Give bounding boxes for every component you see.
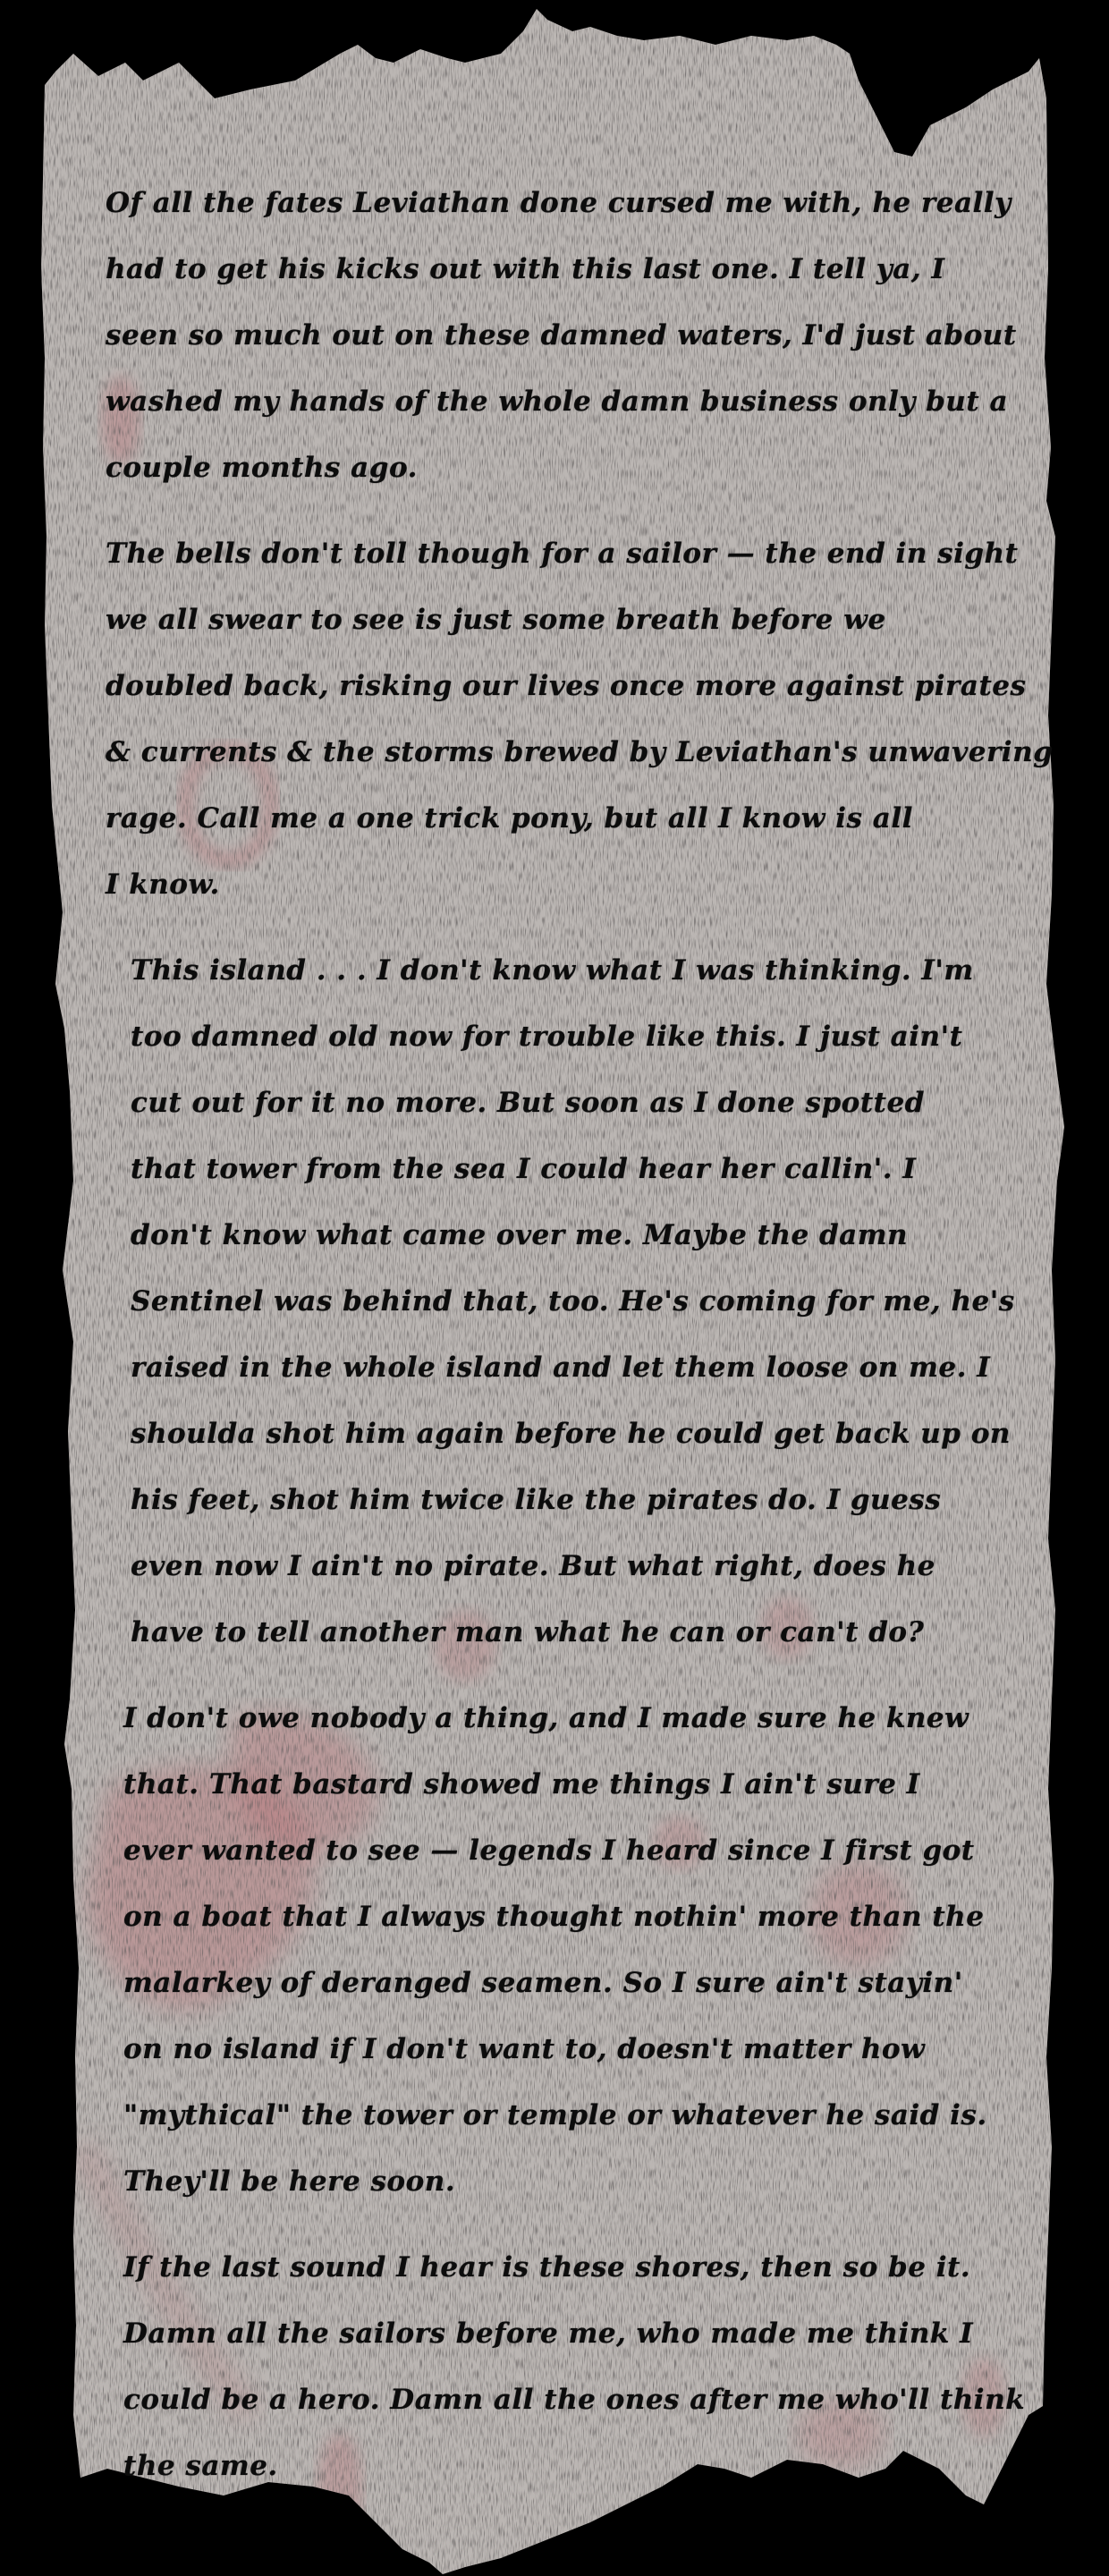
note-line: ever wanted to see — legends I heard sin… [123, 1818, 1027, 1884]
note-line: on a boat that I always thought nothin' … [123, 1884, 1027, 1950]
note-line: shoulda shot him again before he could g… [131, 1401, 1027, 1467]
note-line: "mythical" the tower or temple or whatev… [123, 2082, 1027, 2148]
note-line: Damn all the sailors before me, who made… [123, 2301, 1027, 2367]
note-line: that. That bastard showed me things I ai… [123, 1751, 1027, 1818]
note-line: I don't owe nobody a thing, and I made s… [123, 1685, 1027, 1751]
note-line: doubled back, risking our lives once mor… [106, 653, 1027, 719]
note-paragraph-5: If the last sound I hear is these shores… [106, 2234, 1027, 2499]
note-line: we all swear to see is just some breath … [106, 587, 1027, 653]
note-line: his feet, shot him twice like the pirate… [131, 1467, 1027, 1533]
note-line: cut out for it no more. But soon as I do… [131, 1070, 1027, 1136]
note-line: could be a hero. Damn all the ones after… [123, 2367, 1027, 2433]
note-paragraph-4: I don't owe nobody a thing, and I made s… [106, 1685, 1027, 2215]
note-paragraph-1: Of all the fates Leviathan done cursed m… [106, 170, 1027, 501]
note-line: If the last sound I hear is these shores… [123, 2234, 1027, 2301]
note-line: This island . . . I don't know what I wa… [131, 937, 1027, 1004]
note-line: seen so much out on these damned waters,… [106, 302, 1027, 369]
note-line: Sentinel was behind that, too. He's comi… [131, 1268, 1027, 1335]
note-line: They'll be here soon. [123, 2148, 1027, 2215]
note-line: the same. [123, 2433, 1027, 2499]
note-line: on no island if I don't want to, doesn't… [123, 2016, 1027, 2082]
note-paragraph-2: The bells don't toll though for a sailor… [106, 521, 1027, 918]
paragraph-gap [106, 1665, 1027, 1685]
paragraph-gap [106, 2215, 1027, 2234]
note-line: rage. Call me a one trick pony, but all … [106, 785, 1027, 852]
paragraph-gap [106, 918, 1027, 937]
note-paragraph-3: This island . . . I don't know what I wa… [106, 937, 1027, 1665]
note-line: washed my hands of the whole damn busine… [106, 369, 1027, 435]
note-line: Of all the fates Leviathan done cursed m… [106, 170, 1027, 236]
note-line: couple months ago. [106, 435, 1027, 501]
note-line: too damned old now for trouble like this… [131, 1004, 1027, 1070]
note-line: & currents & the storms brewed by Leviat… [106, 719, 1027, 785]
note-line: have to tell another man what he can or … [131, 1599, 1027, 1665]
note-text-body: Of all the fates Leviathan done cursed m… [106, 170, 1027, 2499]
note-line: even now I ain't no pirate. But what rig… [131, 1533, 1027, 1599]
note-line: don't know what came over me. Maybe the … [131, 1202, 1027, 1268]
note-line: I know. [106, 852, 1027, 918]
note-line: had to get his kicks out with this last … [106, 236, 1027, 302]
note-line: that tower from the sea I could hear her… [131, 1136, 1027, 1202]
note-line: malarkey of deranged seamen. So I sure a… [123, 1950, 1027, 2016]
note-line: raised in the whole island and let them … [131, 1335, 1027, 1401]
note-line: The bells don't toll though for a sailor… [106, 521, 1027, 587]
paragraph-gap [106, 501, 1027, 521]
